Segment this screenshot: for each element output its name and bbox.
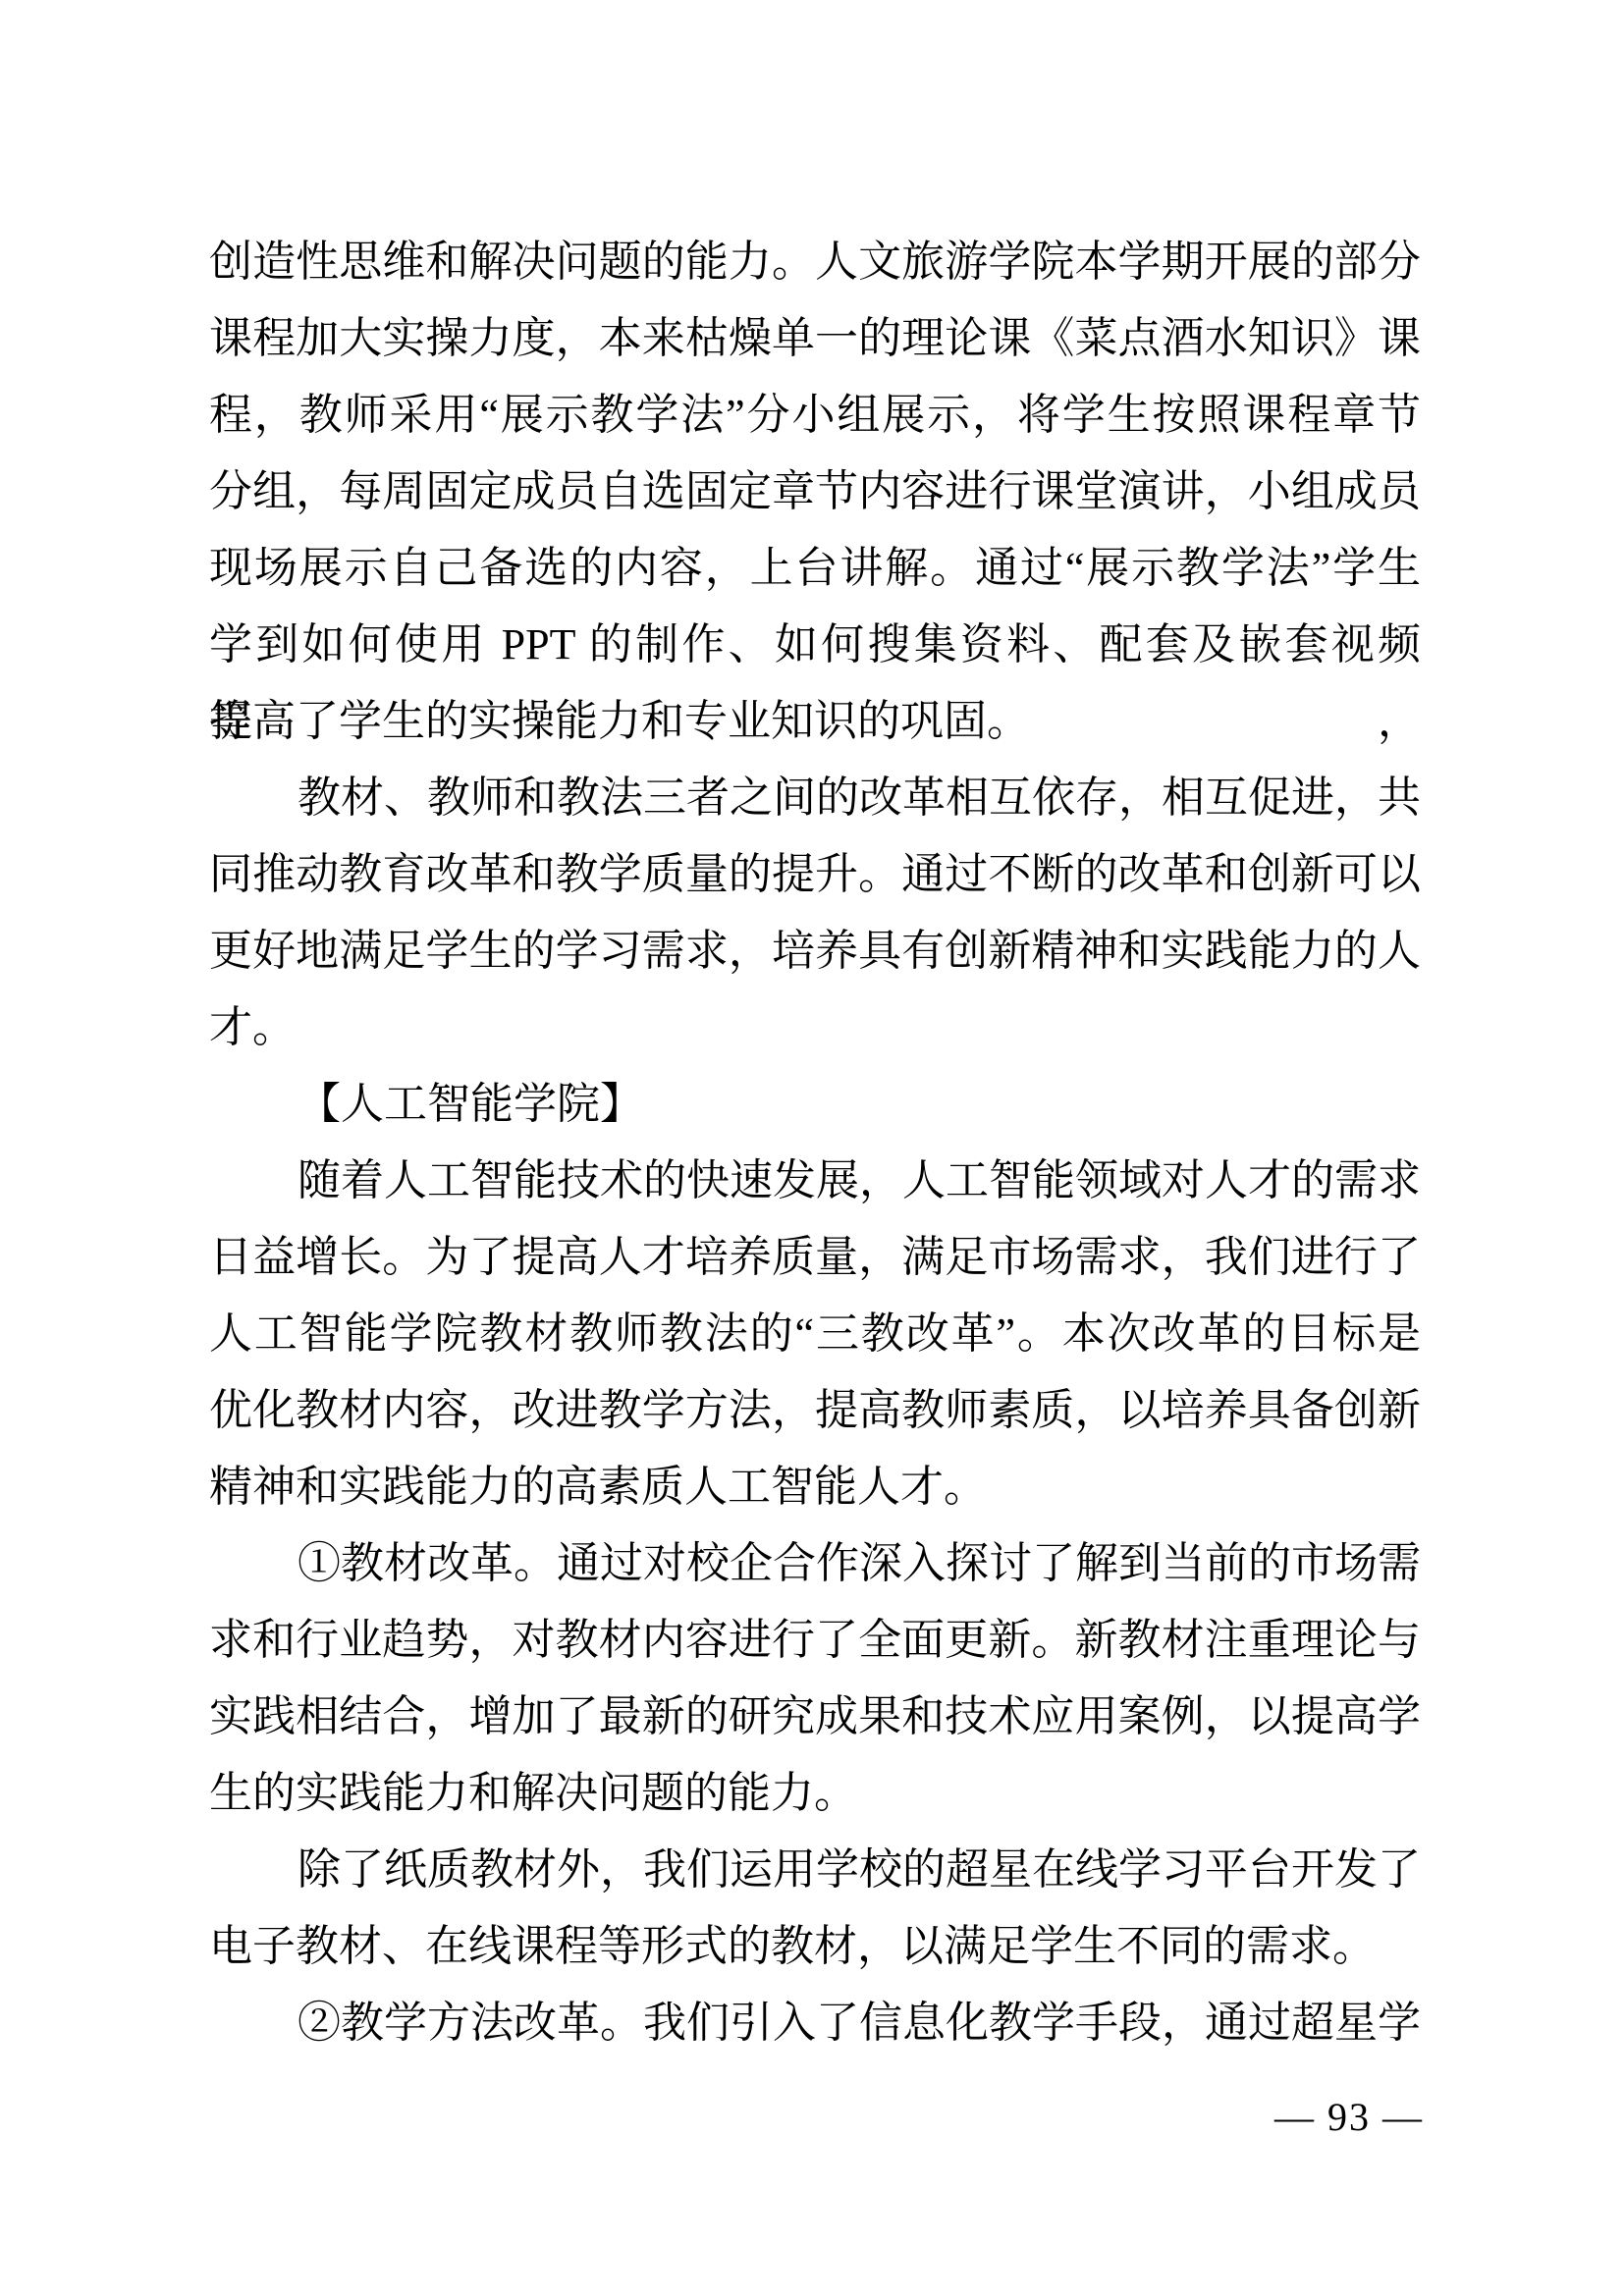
text-line: 现场展示自己备选的内容，上台讲解。通过“展示教学法”学生 — [209, 530, 1421, 607]
text-line: 精神和实践能力的高素质人工智能人才。 — [209, 1449, 1421, 1525]
text-line: 才。 — [209, 989, 1421, 1066]
text-line: 求和行业趋势，对教材内容进行了全面更新。新教材注重理论与 — [209, 1602, 1421, 1679]
text-line: 【人工智能学院】 — [209, 1066, 1421, 1143]
text-line: 教材、教师和教法三者之间的改革相互依存，相互促进，共 — [209, 760, 1421, 836]
text-line: 优化教材内容，改进教学方法，提高教师素质，以培养具备创新 — [209, 1372, 1421, 1449]
text-line: 生的实践能力和解决问题的能力。 — [209, 1755, 1421, 1832]
text-line: 同推动教育改革和教学质量的提升。通过不断的改革和创新可以 — [209, 836, 1421, 913]
text-line: 分组，每周固定成员自选固定章节内容进行课堂演讲，小组成员 — [209, 454, 1421, 530]
text-line: 更好地满足学生的学习需求，培养具有创新精神和实践能力的人 — [209, 913, 1421, 989]
text-line: 电子教材、在线课程等形式的教材，以满足学生不同的需求。 — [209, 1908, 1421, 1985]
text-line: 课程加大实操力度，本来枯燥单一的理论课《菜点酒水知识》课 — [209, 300, 1421, 377]
text-line: 程，教师采用“展示教学法”分小组展示，将学生按照课程章节 — [209, 377, 1421, 454]
text-line: 日益增长。为了提高人才培养质量，满足市场需求，我们进行了 — [209, 1219, 1421, 1296]
text-line: 实践相结合，增加了最新的研究成果和技术应用案例，以提高学 — [209, 1679, 1421, 1755]
text-line: 创造性思维和解决问题的能力。人文旅游学院本学期开展的部分 — [209, 224, 1421, 300]
text-line: 学到如何使用 PPT 的制作、如何搜集资料、配套及嵌套视频等， — [209, 607, 1421, 683]
text-line: ②教学方法改革。我们引入了信息化教学手段，通过超星学 — [209, 1985, 1421, 2061]
body-text: 创造性思维和解决问题的能力。人文旅游学院本学期开展的部分课程加大实操力度，本来枯… — [209, 224, 1421, 2061]
text-line: 人工智能学院教材教师教法的“三教改革”。本次改革的目标是 — [209, 1296, 1421, 1372]
page-number: — 93 — — [1274, 2095, 1424, 2140]
document-page: 创造性思维和解决问题的能力。人文旅游学院本学期开展的部分课程加大实操力度，本来枯… — [0, 0, 1624, 2296]
text-line: ①教材改革。通过对校企合作深入探讨了解到当前的市场需 — [209, 1525, 1421, 1602]
text-line: 除了纸质教材外，我们运用学校的超星在线学习平台开发了 — [209, 1832, 1421, 1908]
text-line: 随着人工智能技术的快速发展，人工智能领域对人才的需求 — [209, 1143, 1421, 1219]
